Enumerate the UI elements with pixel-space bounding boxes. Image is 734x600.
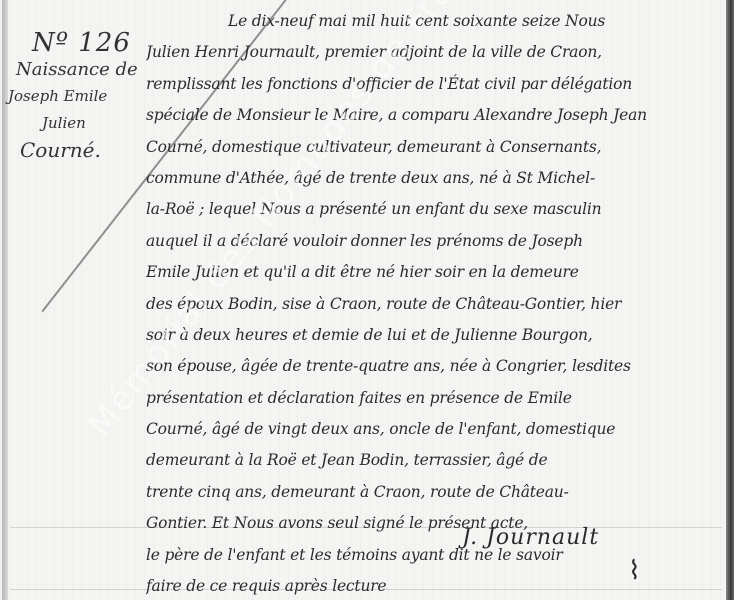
act-line: Gontier. Et Nous avons seul signé le pré… (146, 508, 722, 539)
act-line: Emile Julien et qu'il a dit être né hier… (146, 257, 722, 288)
margin-title: Naissance de (16, 56, 138, 83)
act-line: Courné, domestique cultivateur, demeuran… (146, 132, 722, 163)
margin-given-names: Joseph Emile (8, 83, 138, 110)
officer-signature: J. Journault (462, 525, 599, 550)
act-line: commune d'Athée, âgé de trente deux ans,… (146, 163, 722, 194)
act-line: des époux Bodin, sise à Craon, route de … (146, 289, 722, 320)
act-line: demeurant à la Roë et Jean Bodin, terras… (146, 445, 722, 476)
act-line: Julien Henri Journault, premier adjoint … (146, 37, 722, 68)
act-line: son épouse, âgée de trente-quatre ans, n… (146, 351, 722, 382)
signature-flourish-icon: ⌇ (628, 556, 641, 586)
act-line: Le dix-neuf mai mil huit cent soixante s… (146, 6, 722, 37)
margin-given-names-cont: Julien (42, 110, 138, 137)
act-line: trente cinq ans, demeurant à Craon, rout… (146, 477, 722, 508)
act-line: Courné, âgé de vingt deux ans, oncle de … (146, 414, 722, 445)
act-line: présentation et déclaration faites en pr… (146, 383, 722, 414)
page-binding-right (726, 0, 734, 600)
act-line: auquel il a déclaré vouloir donner les p… (146, 226, 722, 257)
register-page: Nº 126 Naissance de Joseph Emile Julien … (0, 0, 734, 600)
act-line: spéciale de Monsieur le Maire, a comparu… (146, 100, 722, 131)
act-line: remplissant les fonctions d'officier de … (146, 69, 722, 100)
act-line: la-Roë ; lequel Nous a présenté un enfan… (146, 194, 722, 225)
act-line: soir à deux heures et demie de lui et de… (146, 320, 722, 351)
act-body: Le dix-neuf mai mil huit cent soixante s… (146, 6, 722, 600)
margin-annotation: Nº 126 Naissance de Joseph Emile Julien … (8, 30, 138, 164)
act-number: Nº 126 (32, 30, 138, 56)
margin-surname: Courné. (20, 137, 138, 164)
